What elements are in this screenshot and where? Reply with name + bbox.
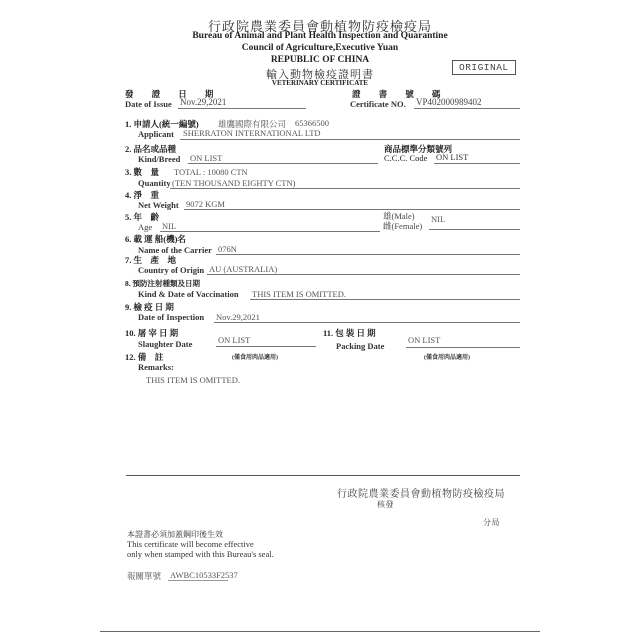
quantity-label-cn: 3. 數 量 (125, 166, 159, 178)
vaccination-label: Kind & Date of Vaccination (138, 289, 239, 299)
signature-agency-cn: 行政院農業委員會動植物防疫檢疫局 (337, 485, 505, 500)
kind-label: Kind/Breed (138, 154, 180, 164)
packing-label-cn: 11. 包 裝 日 期 (323, 327, 376, 339)
vaccination-underline (250, 299, 520, 300)
age-value: NIL (162, 221, 176, 231)
carrier-label-cn: 6. 載 運 船(機)名 (125, 233, 186, 245)
applicant-underline (180, 139, 520, 140)
cert-no-label: Certificate NO. (350, 99, 406, 109)
sex-value: NIL (431, 214, 445, 224)
packing-underline (406, 347, 520, 348)
signature-branch-cn: 分局 (483, 517, 500, 528)
country-name: REPUBLIC OF CHINA (0, 55, 640, 65)
origin-value: AU (AUSTRALIA) (209, 264, 277, 274)
applicant-value: SHERRATON INTERNATIONAL LTD (183, 128, 321, 138)
carrier-value: 076N (218, 244, 237, 254)
slaughter-label: Slaughter Date (138, 339, 192, 349)
footer-note-en-1: This certificate will become effective (127, 539, 254, 549)
slaughter-value: ON LIST (218, 335, 250, 345)
inspection-underline (214, 322, 520, 323)
female-label: 雌(Female) (383, 220, 422, 232)
cert-no-underline (414, 108, 520, 109)
vaccination-label-cn: 8. 預防注射種類及日期 (125, 278, 200, 289)
origin-underline (207, 274, 520, 275)
signature-divider (126, 475, 520, 476)
applicant-label: Applicant (138, 129, 174, 139)
cert-no-value: VP402000989402 (416, 97, 482, 107)
page-bottom-edge (100, 631, 540, 632)
net-weight-label: Net Weight (138, 200, 179, 210)
origin-label: Country of Origin (138, 265, 204, 275)
packing-value: ON LIST (408, 335, 440, 345)
vaccination-value: THIS ITEM IS OMITTED. (252, 289, 346, 299)
council-name: Council of Agriculture,Executive Yuan (0, 43, 640, 53)
signature-sub-cn: 核發 (377, 499, 394, 510)
agency-name-en: Bureau of Animal and Plant Health Inspec… (0, 31, 640, 41)
sex-underline (429, 229, 520, 230)
customs-label: 報關單號 (127, 570, 161, 582)
kind-value: ON LIST (190, 153, 222, 163)
inspection-value: Nov.29,2021 (216, 312, 260, 322)
ccc-value: ON LIST (436, 152, 468, 162)
net-weight-underline (184, 209, 520, 210)
quantity-value: (TEN THOUSAND EIGHTY CTN) (172, 178, 295, 188)
packing-label: Packing Date (336, 341, 384, 351)
slaughter-note: (僅食用肉品適用) (232, 352, 278, 361)
remarks-value: THIS ITEM IS OMITTED. (146, 375, 240, 385)
certificate-title-en: VETERINARY CERTIFICATE (0, 79, 640, 87)
slaughter-underline (216, 346, 316, 347)
applicant-id: 65366500 (295, 118, 329, 128)
ccc-underline (434, 163, 520, 164)
age-label: Age (138, 222, 152, 232)
original-stamp: ORIGINAL (452, 60, 516, 75)
issue-date-underline (178, 108, 306, 109)
slaughter-label-cn: 10. 屠 宰 日 期 (125, 327, 178, 339)
inspection-label: Date of Inspection (138, 312, 204, 322)
kind-underline (188, 163, 378, 164)
footer-note-en-2: only when stamped with this Bureau's sea… (127, 549, 274, 559)
remarks-label: Remarks: (138, 362, 174, 372)
packing-note: (僅食用肉品適用) (424, 352, 470, 361)
net-weight-value: 9072 KGM (186, 199, 225, 209)
issue-date-label: Date of Issue (125, 99, 172, 109)
age-underline (160, 231, 380, 232)
customs-underline (168, 580, 228, 581)
quantity-label: Quantity (138, 178, 171, 188)
customs-value: AWBC10533F2537 (170, 570, 238, 580)
quantity-total: TOTAL : 10080 CTN (174, 167, 248, 177)
carrier-underline (216, 254, 520, 255)
quantity-underline (170, 188, 520, 189)
ccc-label: C.C.C. Code (384, 153, 427, 163)
issue-date-value: Nov.29,2021 (180, 97, 226, 107)
